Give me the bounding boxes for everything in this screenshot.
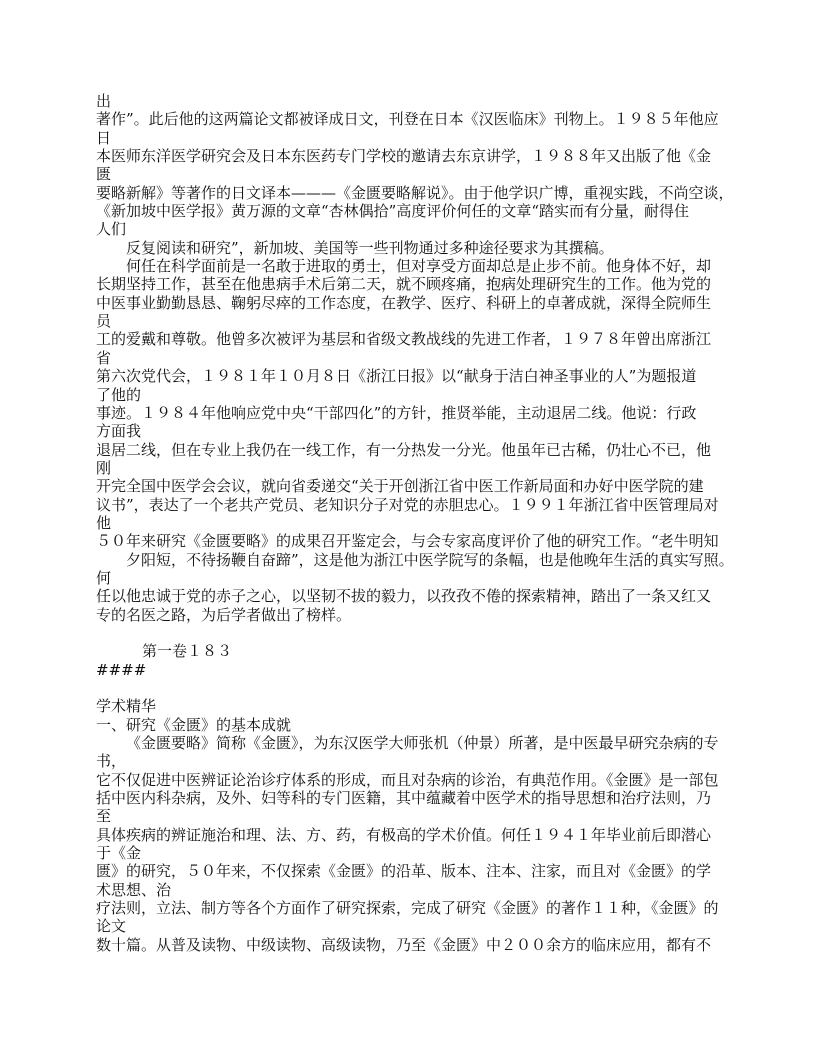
text-line: 一、研究《金匮》的基本成就 bbox=[96, 716, 744, 734]
text-line: 了他的 bbox=[96, 386, 744, 404]
text-line: 工的爱戴和尊敬。他曾多次被评为基层和省级文教战线的先进工作者，１９７８年曾出席浙… bbox=[96, 330, 744, 348]
text-line: 《新加坡中医学报》黄万源的文章“杏林偶拾”高度评价何任的文章“踏实而有分量，耐得… bbox=[96, 202, 744, 220]
text-line: 术思想、治 bbox=[96, 881, 744, 899]
text-line bbox=[96, 624, 744, 642]
document-page: 出著作”。此后他的这两篇论文都被译成日文，刊登在日本《汉医临床》刊物上。１９８５… bbox=[0, 0, 816, 1056]
text-line: 议书”，表达了一个老共产党员、老知识分子对党的赤胆忠心。１９９１年浙江省中医管理… bbox=[96, 496, 744, 514]
text-line: 反复阅读和研究”，新加坡、美国等一些刊物通过多种途径要求为其撰稿。 bbox=[96, 239, 744, 257]
text-line: 本医师东洋医学研究会及日本东医药专门学校的邀请去东京讲学，１９８８年又出版了他《… bbox=[96, 147, 744, 165]
text-line: 日 bbox=[96, 129, 744, 147]
text-line: 人们 bbox=[96, 220, 744, 238]
text-line: 员 bbox=[96, 312, 744, 330]
text-line: 第六次党代会，１９８１年１０月８日《浙江日报》以“献身于洁白神圣事业的人”为题报… bbox=[96, 367, 744, 385]
text-content: 出著作”。此后他的这两篇论文都被译成日文，刊登在日本《汉医临床》刊物上。１９８５… bbox=[96, 92, 744, 954]
text-line: 至 bbox=[96, 807, 744, 825]
text-line: 出 bbox=[96, 92, 744, 110]
text-line: 开完全国中医学会会议，就向省委递交“关于开创浙江省中医工作新局面和办好中医学院的… bbox=[96, 477, 744, 495]
text-line: 退居二线，但在专业上我仍在一线工作，有一分热发一分光。他虽年已古稀，仍壮心不已，… bbox=[96, 441, 744, 459]
text-line: 《金匮要略》简称《金匮》，为东汉医学大师张机（仲景）所著，是中医最早研究杂病的专 bbox=[96, 734, 744, 752]
text-line: 著作”。此后他的这两篇论文都被译成日文，刊登在日本《汉医临床》刊物上。１９８５年… bbox=[96, 110, 744, 128]
text-line: 事迹。１９８４年他响应党中央“干部四化”的方针，推贤举能，主动退居二线。他说：行… bbox=[96, 404, 744, 422]
text-line: 何 bbox=[96, 569, 744, 587]
text-line: 学术精华 bbox=[96, 697, 744, 715]
text-line: #### bbox=[96, 661, 744, 679]
text-line: 中医事业勤勤恳恳、鞠躬尽瘁的工作态度，在教学、医疗、科研上的卓著成就，深得全院师… bbox=[96, 294, 744, 312]
text-line: 省 bbox=[96, 349, 744, 367]
text-line: 任以他忠诚于党的赤子之心，以坚韧不拔的毅力，以孜孜不倦的探索精神，踏出了一条又红… bbox=[96, 587, 744, 605]
text-line: 论文 bbox=[96, 917, 744, 935]
text-line: 于《金 bbox=[96, 844, 744, 862]
text-line: 疗法则，立法、制方等各个方面作了研究探索，完成了研究《金匮》的著作１１种，《金匮… bbox=[96, 899, 744, 917]
text-line: 匮 bbox=[96, 165, 744, 183]
text-line: 刚 bbox=[96, 459, 744, 477]
text-line: 专的名医之路，为后学者做出了榜样。 bbox=[96, 606, 744, 624]
text-line: 要略新解》等著作的日文译本———《金匮要略解说》。由于他学识广博，重视实践，不尚… bbox=[96, 184, 744, 202]
text-line: 何任在科学面前是一名敢于进取的勇士，但对享受方面却总是止步不前。他身体不好，却 bbox=[96, 257, 744, 275]
text-line: ５０年来研究《金匮要略》的成果召开鉴定会，与会专家高度评价了他的研究工作。“老牛… bbox=[96, 532, 744, 550]
text-line: 方面我 bbox=[96, 422, 744, 440]
text-line: 数十篇。从普及读物、中级读物、高级读物，乃至《金匮》中２００余方的临床应用，都有… bbox=[96, 936, 744, 954]
text-line: 它不仅促进中医辨证论治诊疗体系的形成，而且对杂病的诊治，有典范作用。《金匮》是一… bbox=[96, 771, 744, 789]
text-line: 书， bbox=[96, 752, 744, 770]
text-line: 夕阳短，不待扬鞭自奋蹄”，这是他为浙江中医学院写的条幅，也是他晚年生活的真实写照… bbox=[96, 551, 744, 569]
text-line bbox=[96, 679, 744, 697]
text-line: 第一卷１８３ bbox=[96, 642, 744, 660]
text-line: 长期坚持工作，甚至在他患病手术后第二天，就不顾疼痛，抱病处理研究生的工作。他为党… bbox=[96, 275, 744, 293]
text-line: 具体疾病的辨证施治和理、法、方、药，有极高的学术价值。何任１９４１年毕业前后即潜… bbox=[96, 826, 744, 844]
text-line: 他 bbox=[96, 514, 744, 532]
text-line: 括中医内科杂病，及外、妇等科的专门医籍，其中蕴藏着中医学术的指导思想和治疗法则，… bbox=[96, 789, 744, 807]
text-line: 匮》的研究，５０年来，不仅探索《金匮》的沿革、版本、注本、注家，而且对《金匮》的… bbox=[96, 862, 744, 880]
